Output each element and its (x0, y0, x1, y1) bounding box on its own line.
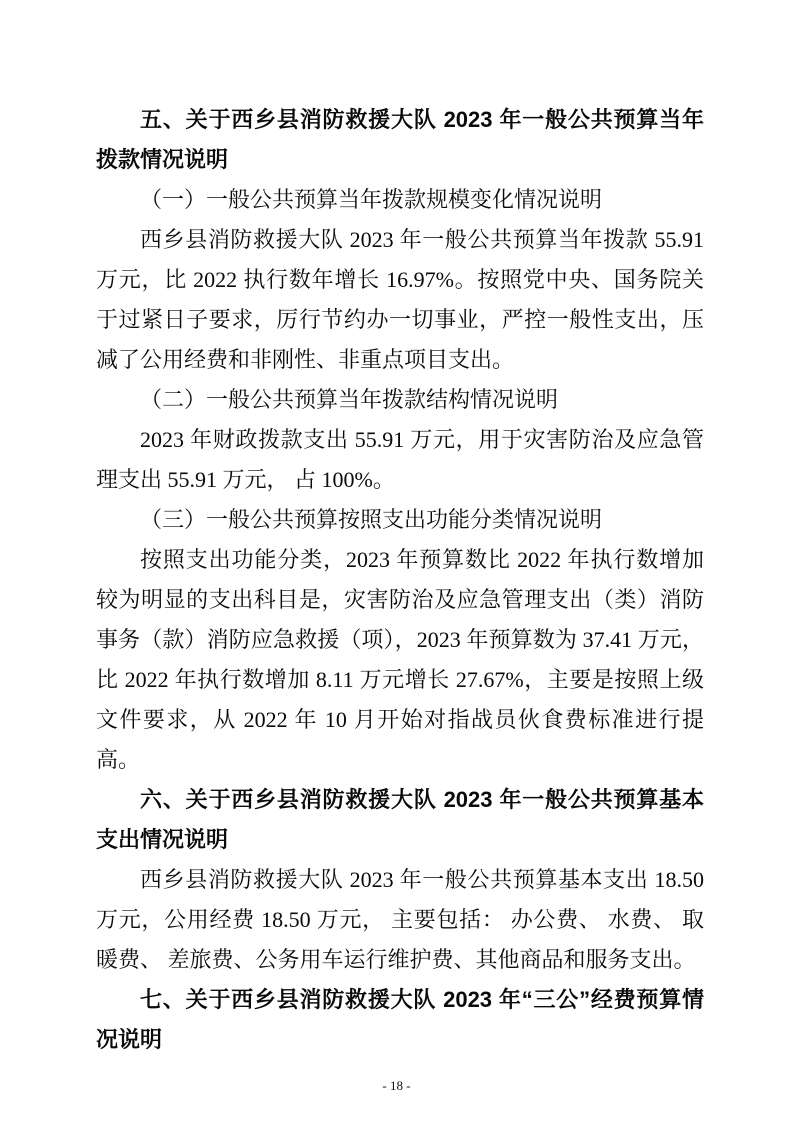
document-page: 五、关于西乡县消防救援大队 2023 年一般公共预算当年拨款情况说明（一）一般公… (0, 0, 793, 1122)
section-5-heading: 五、关于西乡县消防救援大队 2023 年一般公共预算当年拨款情况说明 (96, 100, 704, 180)
document-content: 五、关于西乡县消防救援大队 2023 年一般公共预算当年拨款情况说明（一）一般公… (96, 100, 704, 1060)
page-number: - 18 - (0, 1078, 793, 1094)
subsection-2-paragraph: 2023 年财政拨款支出 55.91 万元，用于灾害防治及应急管理支出 55.9… (96, 420, 704, 500)
subsection-3-heading: （三）一般公共预算按照支出功能分类情况说明 (96, 500, 704, 540)
subsection-1-heading: （一）一般公共预算当年拨款规模变化情况说明 (96, 180, 704, 220)
section-6-heading: 六、关于西乡县消防救援大队 2023 年一般公共预算基本支出情况说明 (96, 780, 704, 860)
subsection-1-paragraph: 西乡县消防救援大队 2023 年一般公共预算当年拨款 55.91 万元，比 20… (96, 220, 704, 380)
section-7-heading: 七、关于西乡县消防救援大队 2023 年“三公”经费预算情况说明 (96, 980, 704, 1060)
section-6-paragraph: 西乡县消防救援大队 2023 年一般公共预算基本支出 18.50 万元，公用经费… (96, 860, 704, 980)
subsection-3-paragraph: 按照支出功能分类，2023 年预算数比 2022 年执行数增加较为明显的支出科目… (96, 540, 704, 780)
subsection-2-heading: （二）一般公共预算当年拨款结构情况说明 (96, 380, 704, 420)
